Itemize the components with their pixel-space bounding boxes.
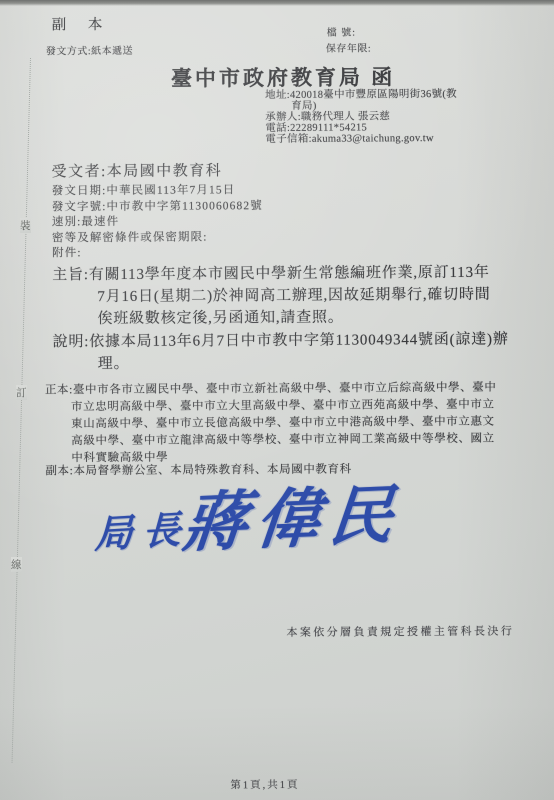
subject-line-3: 俟班級數核定後,另函通知,請查照。 bbox=[97, 306, 343, 329]
subject-line-2: 7月16日(星期二)於神岡高工辦理,因故延期舉行,確切時間 bbox=[97, 283, 490, 306]
subject-line-1: 主旨:有關113學年度本市國民中學新生常態編班作業,原訂113年 bbox=[52, 261, 490, 285]
scan-edge-shadow bbox=[0, 0, 554, 6]
agency-info: 地址:420018臺中市豐原區陽明街36號(教 育局) 承辦人:職務代理人 張云… bbox=[265, 90, 457, 146]
binding-mark-zhuang: 裝 bbox=[20, 218, 31, 233]
signature-name: 蔣偉民 bbox=[179, 463, 407, 564]
subject-label: 主旨: bbox=[52, 267, 89, 283]
sending-date: 發文日期:中華民國113年7月15日 bbox=[52, 183, 263, 200]
page-number: 第1頁,共1頁 bbox=[230, 777, 299, 792]
explanation-line-2: 理。 bbox=[98, 352, 130, 373]
email-address: 電子信箱:akuma33@taichung.gov.tw bbox=[265, 134, 457, 146]
document-title: 臺中市政府教育局 函 bbox=[6, 60, 554, 93]
page-content: 副 本 發文方式:紙本遞送 檔 號: 保存年限: 臺中市政府教育局 函 地址:4… bbox=[0, 0, 554, 800]
meta-block: 發文日期:中華民國113年7月15日 發文字號:中市教中字第1130060682… bbox=[52, 183, 263, 262]
recipients-main-line-2: 市立忠明高級中學、臺中市立大里高級中學、臺中市立西苑高級中學、臺中市立 bbox=[71, 396, 495, 415]
recipients-main-text-1: 臺中市各市立國民中學、臺中市立新社高級中學、臺中市立后綜高級中學、臺中 bbox=[73, 382, 497, 397]
binding-mark-ding: 訂 bbox=[16, 385, 27, 400]
recipients-main-line-3: 東山高級中學、臺中市立長億高級中學、臺中市立中港高級中學、臺中市立惠文 bbox=[71, 413, 495, 432]
recipients-main-line-4: 高級中學、臺中市立龍津高級中等學校、臺中市立神岡工業高級中等學校、國立 bbox=[71, 430, 495, 449]
explanation-line-1: 說明:依據本局113年6月7日中市教中字第1130049344號函(諒達)辦 bbox=[53, 328, 509, 352]
subject-text-1: 有關113學年度本市國民中學新生常態編班作業,原訂113年 bbox=[89, 265, 490, 283]
security-level: 密等及解密條件或保密期限: bbox=[52, 230, 263, 247]
signature-title: 局長 bbox=[94, 498, 191, 559]
explanation-label: 說明: bbox=[53, 334, 90, 350]
recipients-main-line-1: 正本:臺中市各市立國民中學、臺中市立新社高級中學、臺中市立后綜高級中學、臺中 bbox=[45, 379, 497, 398]
copy-mark: 副 本 bbox=[52, 13, 112, 34]
file-number-label: 檔 號: bbox=[327, 24, 356, 39]
recipient-line: 受文者:本局國中教育科 bbox=[52, 159, 223, 181]
document-number: 發文字號:中市教中字第1130060682號 bbox=[52, 199, 263, 216]
attachment-label: 附件: bbox=[52, 245, 263, 262]
document-page: 副 本 發文方式:紙本遞送 檔 號: 保存年限: 臺中市政府教育局 函 地址:4… bbox=[0, 0, 554, 800]
retention-label: 保存年限: bbox=[326, 39, 371, 54]
delivery-method: 發文方式:紙本遞送 bbox=[46, 42, 133, 58]
explanation-text-1: 依據本局113年6月7日中市教中字第1130049344號函(諒達)辦 bbox=[89, 332, 508, 351]
recipients-main-label: 正本: bbox=[45, 384, 73, 396]
speed-level: 速別:最速件 bbox=[52, 214, 263, 231]
binding-mark-xian: 線 bbox=[11, 557, 22, 572]
authorization-note: 本案依分層負責規定授權主管科長決行 bbox=[286, 623, 514, 640]
